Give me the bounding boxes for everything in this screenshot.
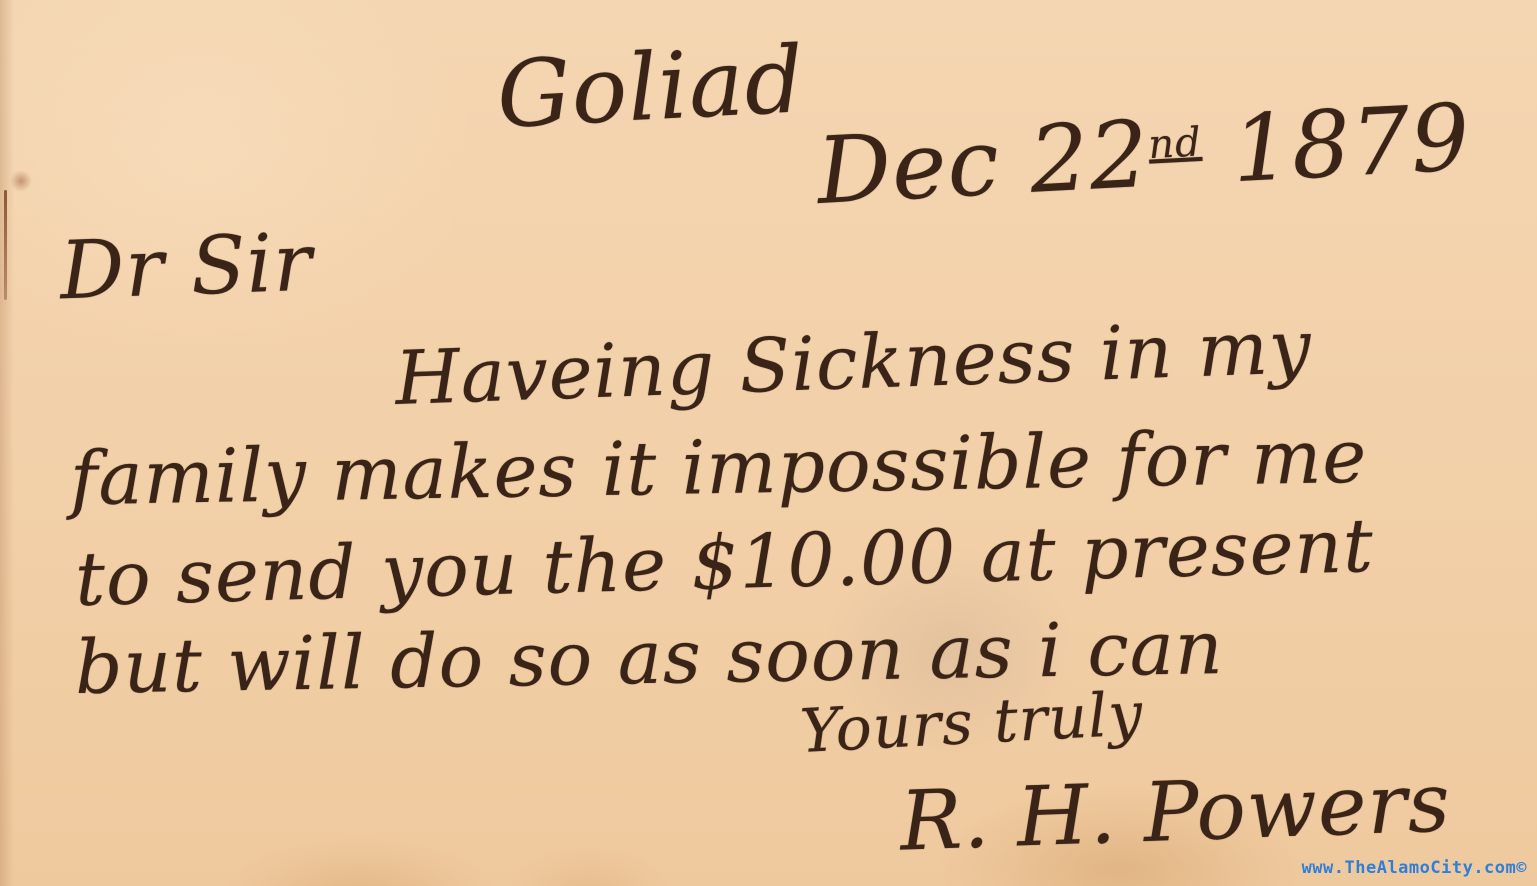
date-suffix: nd bbox=[1147, 119, 1203, 168]
salutation: Dr Sir bbox=[58, 216, 314, 318]
body-line: Haveing Sickness in my bbox=[394, 304, 1313, 422]
paper-edge-shadow bbox=[0, 0, 14, 886]
place-name: Goliad bbox=[494, 26, 807, 149]
date-month: Dec bbox=[814, 109, 1002, 225]
ink-stain bbox=[4, 190, 7, 300]
date-day: 22 bbox=[1027, 101, 1152, 214]
postcard: Goliad Dec 22nd 1879 Dr Sir Haveing Sick… bbox=[0, 0, 1537, 886]
body-line: family makes it impossible for me bbox=[69, 414, 1368, 523]
letter-date: Dec 22nd 1879 bbox=[814, 84, 1473, 225]
watermark: www.TheAlamoCity.com© bbox=[1302, 858, 1527, 878]
signature: R. H. Powers bbox=[899, 755, 1453, 869]
ink-blot bbox=[10, 170, 32, 192]
date-year: 1879 bbox=[1230, 84, 1473, 203]
